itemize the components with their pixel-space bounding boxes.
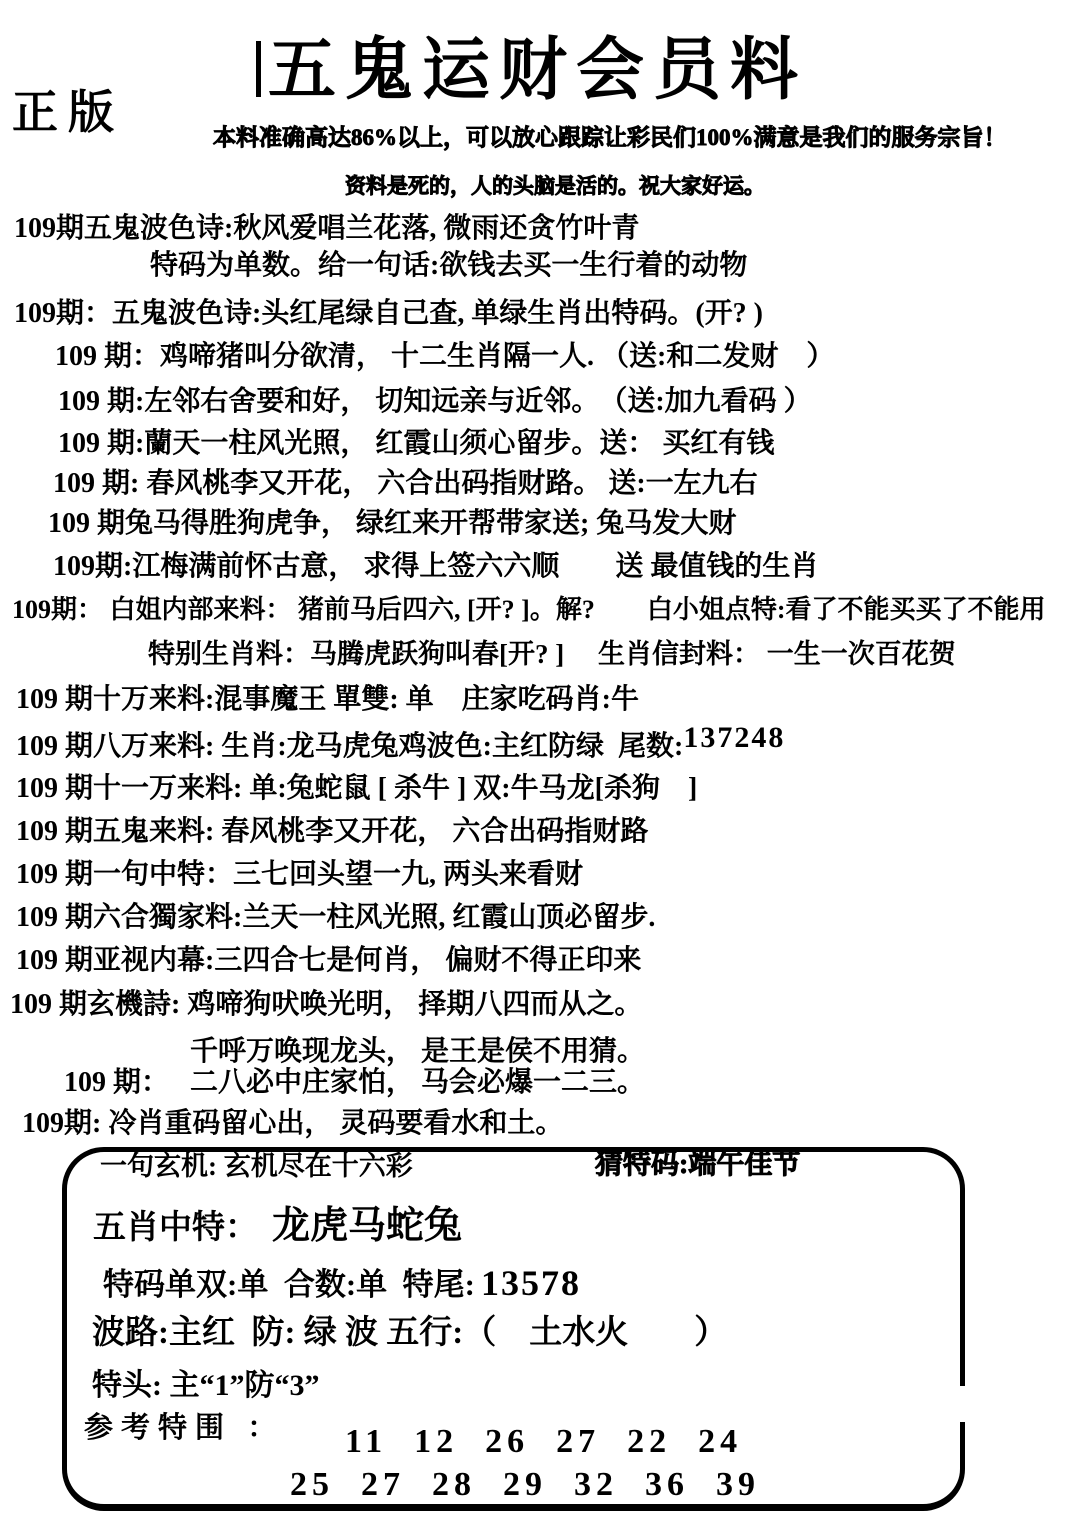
- special-odd-even-sum: 特码单双:单 合数:单 特尾:: [103, 1267, 475, 1302]
- tip-line: 109 期:蘭天一柱风光照， 红霞山须心留步。送： 买红有钱: [58, 429, 774, 459]
- tip-line: 特别生肖料：马腾虎跃狗叫春[开? ] 生肖信封料： 一生一次百花贺: [148, 640, 956, 669]
- tip-line: 109 期一句中特：三七回头望一九, 两头来看财: [16, 860, 583, 890]
- box-guess-line: 猜特码:端午佳节: [595, 1150, 800, 1180]
- five-xiao-label: 五肖中特：: [93, 1210, 258, 1246]
- box-border-gap: [958, 1386, 974, 1422]
- ref-numbers-label: 参考特围 ：: [84, 1413, 284, 1444]
- motto: 资料是死的，人的头脑是活的。祝大家好运。: [345, 175, 765, 198]
- tip-line: 109期:江梅满前怀古意， 求得上签六六顺 送 最值钱的生肖: [53, 552, 818, 582]
- edition-label: 正版: [12, 88, 124, 138]
- tip-line: 109期五鬼波色诗:秋风爱唱兰花落, 微雨还贪竹叶青: [14, 214, 639, 244]
- tip-line: 特码为单数。给一句话:欲钱去买一生行着的动物: [150, 251, 747, 281]
- tip-line-text: 109 期八万来料: 生肖:龙马虎兔鸡波色:主红防绿 尾数:: [16, 731, 683, 762]
- tip-sheet-page: 正版 五鬼运财会员料 本料准确高达86%以上，可以放心跟踪让彩民们100%满意是…: [0, 0, 1080, 1536]
- box-five-xiao-line: 五肖中特：龙虎马蛇兔: [93, 1206, 462, 1247]
- tip-line: 109 期六合獨家料:兰天一柱风光照, 红霞山顶必留步.: [16, 903, 655, 933]
- box-special-line: 特码单双:单 合数:单 特尾:13578: [103, 1264, 581, 1303]
- five-xiao-value: 龙虎马蛇兔: [272, 1205, 462, 1247]
- box-head-line: 特头: 主“1”防“3”: [92, 1370, 320, 1402]
- tip-line: 109期：五鬼波色诗:头红尾绿自己查, 单绿生肖出特码。(开? ): [14, 299, 763, 329]
- tip-line: 109 期八万来料: 生肖:龙马虎兔鸡波色:主红防绿 尾数:137248: [16, 730, 785, 762]
- tip-line: 千呼万唤现龙头， 是王是侯不用猜。: [190, 1037, 645, 1067]
- page-title-text: 五鬼运财会员料: [268, 32, 807, 108]
- tip-line: 109 期亚视内幕:三四合七是何肖， 偏财不得正印来: [16, 946, 641, 976]
- ref-numbers-row2: 25 27 28 29 32 36 39: [290, 1467, 760, 1504]
- tail-numbers: 137248: [683, 721, 785, 754]
- tip-line: 109 期：鸡啼猪叫分欲清， 十二生肖隔一人. （送:和二发财 ）: [55, 342, 834, 372]
- tip-line: 109期： 白姐内部来料： 猪前马后四六, [开? ]。解? 白小姐点特:看了不…: [12, 596, 1045, 624]
- tip-line: 109 期十一万来料: 单:兔蛇鼠 [ 杀牛 ] 双:牛马龙[杀狗 ]: [16, 774, 697, 804]
- title-leading-bar: [256, 41, 261, 97]
- page-title: 五鬼运财会员料: [256, 34, 807, 107]
- ref-numbers-row1: 11 12 26 27 22 24: [345, 1424, 742, 1461]
- accuracy-note: 本料准确高达86%以上，可以放心跟踪让彩民们100%满意是我们的服务宗旨！: [213, 126, 1007, 151]
- special-tail-digits: 13578: [481, 1263, 581, 1303]
- tip-line: 109 期玄機詩: 鸡啼狗吠唤光明， 择期八四而从之。: [10, 990, 642, 1020]
- tip-line: 109 期: 春风桃李又开花， 六合出码指财路。 送:一左九右: [53, 469, 758, 499]
- tip-line: 109 期五鬼来料: 春风桃李又开花， 六合出码指财路: [16, 817, 648, 847]
- tip-line: 109 期:左邻右舍要和好， 切知远亲与近邻。 （送:加九看码 ）: [58, 387, 812, 417]
- tip-line: 109 期： 二八必中庄家怕， 马会必爆一二三。: [64, 1068, 645, 1098]
- box-mystery-line: 一句玄机: 玄机尽在十六彩: [100, 1152, 413, 1181]
- box-wave-line: 波路:主红 防: 绿 波 五行:（ 土水火 ）: [92, 1316, 727, 1352]
- tip-line: 109 期兔马得胜狗虎争， 绿红来开帮带家送; 兔马发大财: [48, 509, 736, 539]
- tip-line: 109期: 冷肖重码留心出， 灵码要看水和土。: [22, 1109, 563, 1139]
- tip-line: 109 期十万来料:混事魔王 單雙: 单 庄家吃码肖:牛: [16, 685, 639, 715]
